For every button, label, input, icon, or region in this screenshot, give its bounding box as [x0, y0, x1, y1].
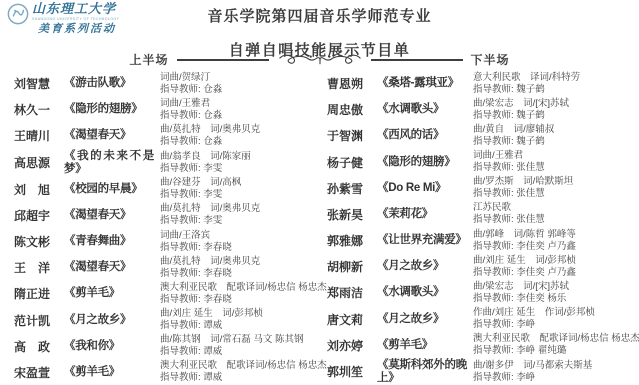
credit-line: 词曲/王雅君 [160, 98, 322, 110]
teacher-line: 指导教师: 李峥 [473, 372, 639, 384]
credits: 词曲/王洛宾指导教师: 李春晓 [160, 230, 322, 254]
teacher-line: 指导教师: 李春晓 [160, 268, 322, 280]
credit-line: 词曲/王雅君 [473, 150, 639, 162]
song-title: 《剪羊毛》 [377, 339, 467, 352]
song-title: 《隐形的翅膀》 [377, 156, 467, 169]
student-name: 胡柳新 [327, 258, 369, 275]
teacher-line: 指导教师: 李峥 [473, 319, 639, 331]
song-title: 《我的未来不是梦》 [64, 150, 154, 176]
song-title: 《水调歌头》 [377, 286, 467, 299]
song-title: 《游击队歌》 [64, 77, 154, 90]
song-title: 《水调歌头》 [377, 103, 467, 116]
credits: 曲/莫扎特 词/奥弗贝克指导教师: 李春晓 [160, 256, 322, 280]
teacher-line: 指导教师: 张佳慧 [473, 188, 639, 200]
teacher-line: 指导教师: 谭威 [160, 346, 322, 358]
program-entry: 范计凯《月之故乡》曲/刘庄 延生 词/彭邦桢指导教师: 谭威 [14, 308, 322, 333]
credit-line: 曲/刘庄 延生 词/彭邦桢 [473, 255, 639, 267]
program-entry: 刘智慧《游击队歌》词曲/贺绿汀指导教师: 仓淼 [14, 71, 322, 96]
credit-line: 词曲/贺绿汀 [160, 72, 322, 84]
program-entry: 杨子健《隐形的翅膀》词曲/王雅君指导教师: 张佳慧 [327, 150, 639, 175]
student-name: 林久一 [14, 101, 56, 118]
program-entry: 隋正进《剪羊毛》澳大利亚民歌 配歌译词/杨忠信 杨忠杰指导教师: 李春晓 [14, 281, 322, 306]
song-title: 《茉莉花》 [377, 208, 467, 221]
student-name: 曹恩朔 [327, 75, 369, 92]
program-entry: 郑雨洁《水调歌头》曲/梁宏志 词/[宋]苏轼指导教师: 李佳奕 杨乐 [327, 280, 639, 305]
program-entry: 高 政《我和你》曲/陈其钢 词/常石磊 马文 陈其钢指导教师: 谭威 [14, 334, 322, 359]
program-entry: 刘亦婷《剪羊毛》澳大利亚民歌 配歌译词/杨忠信 杨忠杰指导教师: 李峥 翟纯璐 [327, 333, 639, 358]
song-title: 《校园的早晨》 [64, 183, 154, 196]
program-entry: 王晴川《渴望春天》曲/莫扎特 词/奥弗贝克指导教师: 仓淼 [14, 123, 322, 148]
credit-line: 江苏民歌 [473, 202, 639, 214]
song-title: 《桑塔-露琪亚》 [377, 77, 467, 90]
song-title: 《月之故乡》 [377, 260, 467, 273]
teacher-line: 指导教师: 李雯 [160, 163, 322, 175]
credits: 曲/翁孝良 词/陈家丽指导教师: 李雯 [160, 151, 322, 175]
song-title: 《莫斯科郊外的晚上》 [377, 359, 467, 385]
credit-line: 曲/黄自 词/廖辅叔 [473, 124, 639, 136]
program-list: 刘智慧《游击队歌》词曲/贺绿汀指导教师: 仓淼林久一《隐形的翅膀》词曲/王雅君指… [0, 71, 639, 385]
song-title: 《剪羊毛》 [64, 287, 154, 300]
divider-rule-right [371, 59, 463, 61]
teacher-line: 指导教师: 魏子鹤 [473, 84, 639, 96]
credits: 曲/郭峰 词/陈哲 郭峰等指导教师: 李佳奕 卢乃鑫 [473, 229, 639, 253]
student-name: 范计凯 [14, 312, 56, 329]
student-name: 刘智慧 [14, 75, 56, 92]
credit-line: 曲/梁宏志 词/[宋]苏轼 [473, 281, 639, 293]
credits: 澳大利亚民歌 配歌译词/杨忠信 杨忠杰指导教师: 李春晓 [160, 282, 327, 306]
teacher-line: 指导教师: 李雯 [160, 189, 322, 201]
teacher-line: 指导教师: 魏子鹤 [473, 110, 639, 122]
credit-line: 曲/梁宏志 词/[宋]苏轼 [473, 98, 639, 110]
teacher-line: 指导教师: 仓淼 [160, 136, 322, 148]
program-entry: 邱超宇《渴望春天》曲/莫扎特 词/奥弗贝克指导教师: 李雯 [14, 203, 322, 228]
song-title: 《让世界充满爱》 [377, 234, 467, 247]
teacher-line: 指导教师: 李佳奕 卢乃鑫 [473, 267, 639, 279]
teacher-line: 指导教师: 仓淼 [160, 84, 322, 96]
song-title: 《渴望春天》 [64, 209, 154, 222]
first-half-label: 上半场 [129, 51, 168, 68]
credit-line: 曲/莫扎特 词/奥弗贝克 [160, 203, 322, 215]
credit-line: 澳大利亚民歌 配歌译词/杨忠信 杨忠杰 [160, 360, 327, 372]
credit-line: 曲/刘庄 延生 词/彭邦桢 [160, 308, 322, 320]
credits: 词曲/贺绿汀指导教师: 仓淼 [160, 72, 322, 96]
student-name: 张新昊 [327, 206, 369, 223]
credit-line: 曲/罗杰斯 词/哈默斯坦 [473, 176, 639, 188]
credits: 曲/谷建芬 词/高枫指导教师: 李雯 [160, 177, 322, 201]
song-title: 《我和你》 [64, 340, 154, 353]
second-half-label: 下半场 [471, 51, 510, 68]
credit-line: 澳大利亚民歌 配歌译词/杨忠信 杨忠杰 [473, 333, 639, 345]
teacher-line: 指导教师: 李峥 翟纯璐 [473, 345, 639, 357]
student-name: 周忠傲 [327, 101, 369, 118]
flourish-ornament-icon [277, 52, 363, 67]
credits: 曲/梁宏志 词/[宋]苏轼指导教师: 魏子鹤 [473, 98, 639, 122]
song-title: 《渴望春天》 [64, 261, 154, 274]
student-name: 宋盈萱 [14, 364, 56, 381]
credit-line: 曲/陈其钢 词/常石磊 马文 陈其钢 [160, 334, 322, 346]
teacher-line: 指导教师: 谭威 [160, 372, 327, 384]
credit-line: 曲/莫扎特 词/奥弗贝克 [160, 124, 322, 136]
student-name: 邱超宇 [14, 207, 56, 224]
credit-line: 曲/谷建芬 词/高枫 [160, 177, 322, 189]
student-name: 刘 旭 [14, 181, 56, 198]
song-title: 《月之故乡》 [64, 314, 154, 327]
student-name: 陈文彬 [14, 233, 56, 250]
credit-line: 曲/莫扎特 词/奥弗贝克 [160, 256, 322, 268]
credits: 曲/谢多伊 词/马都索夫斯基指导教师: 李峥 [473, 360, 639, 384]
song-title: 《渴望春天》 [64, 129, 154, 142]
song-title: 《Do Re Mi》 [377, 182, 467, 195]
teacher-line: 指导教师: 魏子鹤 [473, 136, 639, 148]
student-name: 郑雨洁 [327, 284, 369, 301]
student-name: 杨子健 [327, 154, 369, 171]
student-name: 孙紫雪 [327, 180, 369, 197]
credits: 曲/莫扎特 词/奥弗贝克指导教师: 李雯 [160, 203, 322, 227]
divider-rule-left [177, 59, 269, 61]
program-entry: 郭雅娜《让世界充满爱》曲/郭峰 词/陈哲 郭峰等指导教师: 李佳奕 卢乃鑫 [327, 228, 639, 253]
student-name: 郭雅娜 [327, 232, 369, 249]
credits: 曲/陈其钢 词/常石磊 马文 陈其钢指导教师: 谭威 [160, 334, 322, 358]
credit-line: 词曲/王洛宾 [160, 230, 322, 242]
credits: 曲/黄自 词/廖辅叔指导教师: 魏子鹤 [473, 124, 639, 148]
program-entry: 王 洋《渴望春天》曲/莫扎特 词/奥弗贝克指导教师: 李春晓 [14, 255, 322, 280]
column-first-half: 刘智慧《游击队歌》词曲/贺绿汀指导教师: 仓淼林久一《隐形的翅膀》词曲/王雅君指… [0, 71, 322, 385]
credit-line: 澳大利亚民歌 配歌译词/杨忠信 杨忠杰 [160, 282, 327, 294]
credit-line: 曲/郭峰 词/陈哲 郭峰等 [473, 229, 639, 241]
credits: 澳大利亚民歌 配歌译词/杨忠信 杨忠杰指导教师: 谭威 [160, 360, 327, 384]
program-entry: 张新昊《茉莉花》江苏民歌指导教师: 张佳慧 [327, 202, 639, 227]
song-title: 《西风的话》 [377, 129, 467, 142]
student-name: 于智渊 [327, 127, 369, 144]
program-entry: 林久一《隐形的翅膀》词曲/王雅君指导教师: 仓淼 [14, 97, 322, 122]
song-title: 《月之故乡》 [377, 313, 467, 326]
program-entry: 胡柳新《月之故乡》曲/刘庄 延生 词/彭邦桢指导教师: 李佳奕 卢乃鑫 [327, 254, 639, 279]
credits: 意大利民歌 译词/科特劳指导教师: 魏子鹤 [473, 72, 639, 96]
credit-line: 曲/翁孝良 词/陈家丽 [160, 151, 322, 163]
credit-line: 曲/谢多伊 词/马都索夫斯基 [473, 360, 639, 372]
teacher-line: 指导教师: 李佳奕 卢乃鑫 [473, 241, 639, 253]
song-title: 《隐形的翅膀》 [64, 103, 154, 116]
student-name: 刘亦婷 [327, 337, 369, 354]
program-entry: 刘 旭《校园的早晨》曲/谷建芬 词/高枫指导教师: 李雯 [14, 177, 322, 202]
credits: 曲/刘庄 延生 词/彭邦桢指导教师: 李佳奕 卢乃鑫 [473, 255, 639, 279]
credits: 曲/莫扎特 词/奥弗贝克指导教师: 仓淼 [160, 124, 322, 148]
song-title: 《剪羊毛》 [64, 366, 154, 379]
student-name: 高 政 [14, 338, 56, 355]
student-name: 唐文莉 [327, 311, 369, 328]
credits: 曲/梁宏志 词/[宋]苏轼指导教师: 李佳奕 杨乐 [473, 281, 639, 305]
credit-line: 意大利民歌 译词/科特劳 [473, 72, 639, 84]
program-entry: 孙紫雪《Do Re Mi》曲/罗杰斯 词/哈默斯坦指导教师: 张佳慧 [327, 176, 639, 201]
credits: 作曲/刘庄 延生 作词/彭邦桢指导教师: 李峥 [473, 307, 639, 331]
teacher-line: 指导教师: 张佳慧 [473, 214, 639, 226]
section-divider: 上半场 下半场 [0, 51, 639, 68]
credits: 江苏民歌指导教师: 张佳慧 [473, 202, 639, 226]
program-entry: 于智渊《西风的话》曲/黄自 词/廖辅叔指导教师: 魏子鹤 [327, 123, 639, 148]
program-entry: 曹恩朔《桑塔-露琪亚》意大利民歌 译词/科特劳指导教师: 魏子鹤 [327, 71, 639, 96]
teacher-line: 指导教师: 张佳慧 [473, 162, 639, 174]
program-entry: 宋盈萱《剪羊毛》澳大利亚民歌 配歌译词/杨忠信 杨忠杰指导教师: 谭威 [14, 360, 322, 385]
student-name: 王晴川 [14, 127, 56, 144]
student-name: 隋正进 [14, 285, 56, 302]
column-second-half: 曹恩朔《桑塔-露琪亚》意大利民歌 译词/科特劳指导教师: 魏子鹤周忠傲《水调歌头… [322, 71, 639, 385]
program-entry: 高思源《我的未来不是梦》曲/翁孝良 词/陈家丽指导教师: 李雯 [14, 150, 322, 176]
credit-line: 作曲/刘庄 延生 作词/彭邦桢 [473, 307, 639, 319]
credits: 词曲/王雅君指导教师: 张佳慧 [473, 150, 639, 174]
credits: 曲/罗杰斯 词/哈默斯坦指导教师: 张佳慧 [473, 176, 639, 200]
teacher-line: 指导教师: 李春晓 [160, 242, 322, 254]
credits: 澳大利亚民歌 配歌译词/杨忠信 杨忠杰指导教师: 李峥 翟纯璐 [473, 333, 639, 357]
credits: 曲/刘庄 延生 词/彭邦桢指导教师: 谭威 [160, 308, 322, 332]
teacher-line: 指导教师: 仓淼 [160, 110, 322, 122]
program-entry: 陈文彬《青春舞曲》词曲/王洛宾指导教师: 李春晓 [14, 229, 322, 254]
program-entry: 唐文莉《月之故乡》作曲/刘庄 延生 作词/彭邦桢指导教师: 李峥 [327, 307, 639, 332]
teacher-line: 指导教师: 李雯 [160, 215, 322, 227]
teacher-line: 指导教师: 李佳奕 杨乐 [473, 293, 639, 305]
credits: 词曲/王雅君指导教师: 仓淼 [160, 98, 322, 122]
song-title: 《青春舞曲》 [64, 235, 154, 248]
page-title-line1: 音乐学院第四届音乐学师范专业 [0, 5, 639, 26]
program-entry: 周忠傲《水调歌头》曲/梁宏志 词/[宋]苏轼指导教师: 魏子鹤 [327, 97, 639, 122]
teacher-line: 指导教师: 谭威 [160, 320, 322, 332]
student-name: 王 洋 [14, 259, 56, 276]
student-name: 高思源 [14, 154, 56, 171]
teacher-line: 指导教师: 李春晓 [160, 294, 327, 306]
program-entry: 郭圳笙《莫斯科郊外的晚上》曲/谢多伊 词/马都索夫斯基指导教师: 李峥 [327, 359, 639, 385]
student-name: 郭圳笙 [327, 363, 369, 380]
